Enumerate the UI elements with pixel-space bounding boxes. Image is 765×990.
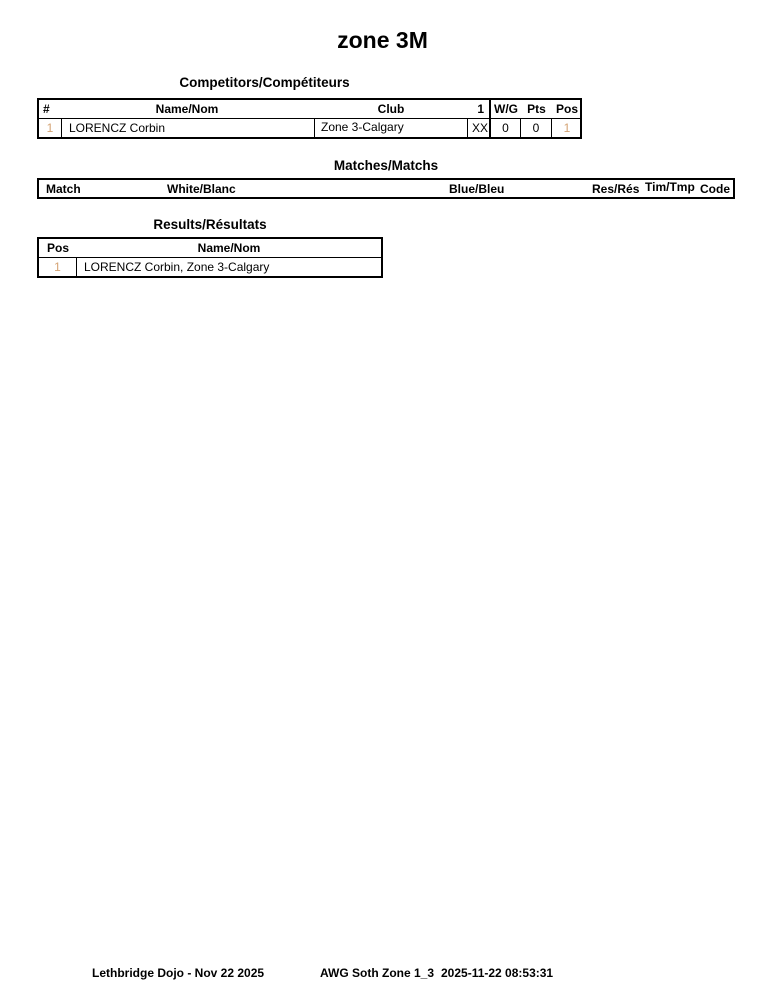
competitors-header-number: # bbox=[43, 100, 63, 118]
results-section-title: Results/Résultats bbox=[37, 217, 383, 232]
matches-header-white: White/Blanc bbox=[167, 180, 267, 198]
competitors-header-wins: W/G bbox=[491, 100, 521, 118]
competitors-section-title: Competitors/Compétiteurs bbox=[37, 75, 492, 90]
competitor-number: 1 bbox=[39, 119, 61, 137]
result-position: 1 bbox=[39, 258, 76, 276]
competitor-position: 1 bbox=[552, 119, 582, 137]
matches-table: Match White/Blanc Blue/Bleu Res/Rés Tim/… bbox=[37, 178, 735, 199]
matches-header-result: Res/Rés bbox=[592, 180, 642, 198]
footer-venue-date: Lethbridge Dojo - Nov 22 2025 bbox=[92, 966, 264, 980]
footer-timestamp: 2025-11-22 08:53:31 bbox=[441, 966, 553, 980]
competitors-header-position: Pos bbox=[552, 100, 582, 118]
matches-section-title: Matches/Matchs bbox=[37, 158, 735, 173]
competitor-club: Zone 3-Calgary bbox=[321, 118, 461, 136]
competitor-match-1-cell: XX bbox=[472, 119, 489, 137]
results-table: Pos Name/Nom 1 LORENCZ Corbin, Zone 3-Ca… bbox=[37, 237, 383, 278]
competitors-header-name: Name/Nom bbox=[61, 100, 313, 118]
matches-header-match: Match bbox=[46, 180, 106, 198]
competitor-points: 0 bbox=[521, 119, 551, 137]
competitors-header-match-1: 1 bbox=[467, 100, 487, 118]
competitor-name: LORENCZ Corbin bbox=[69, 119, 309, 137]
competitor-wins: 0 bbox=[491, 119, 520, 137]
competitors-header-club: Club bbox=[315, 100, 467, 118]
results-header-name: Name/Nom bbox=[77, 239, 381, 257]
competitors-header-points: Pts bbox=[521, 100, 552, 118]
results-header-position: Pos bbox=[39, 239, 77, 257]
matches-header-code: Code bbox=[700, 180, 734, 198]
matches-header-time: Tim/Tmp bbox=[645, 178, 697, 196]
footer-event: AWG Soth Zone 1_3 bbox=[320, 966, 434, 980]
matches-header-blue: Blue/Bleu bbox=[449, 180, 529, 198]
result-name: LORENCZ Corbin, Zone 3-Calgary bbox=[84, 258, 374, 276]
competitors-table: # Name/Nom Club 1 W/G Pts Pos 1 LORENCZ … bbox=[37, 98, 582, 139]
document-title: zone 3M bbox=[0, 27, 765, 54]
